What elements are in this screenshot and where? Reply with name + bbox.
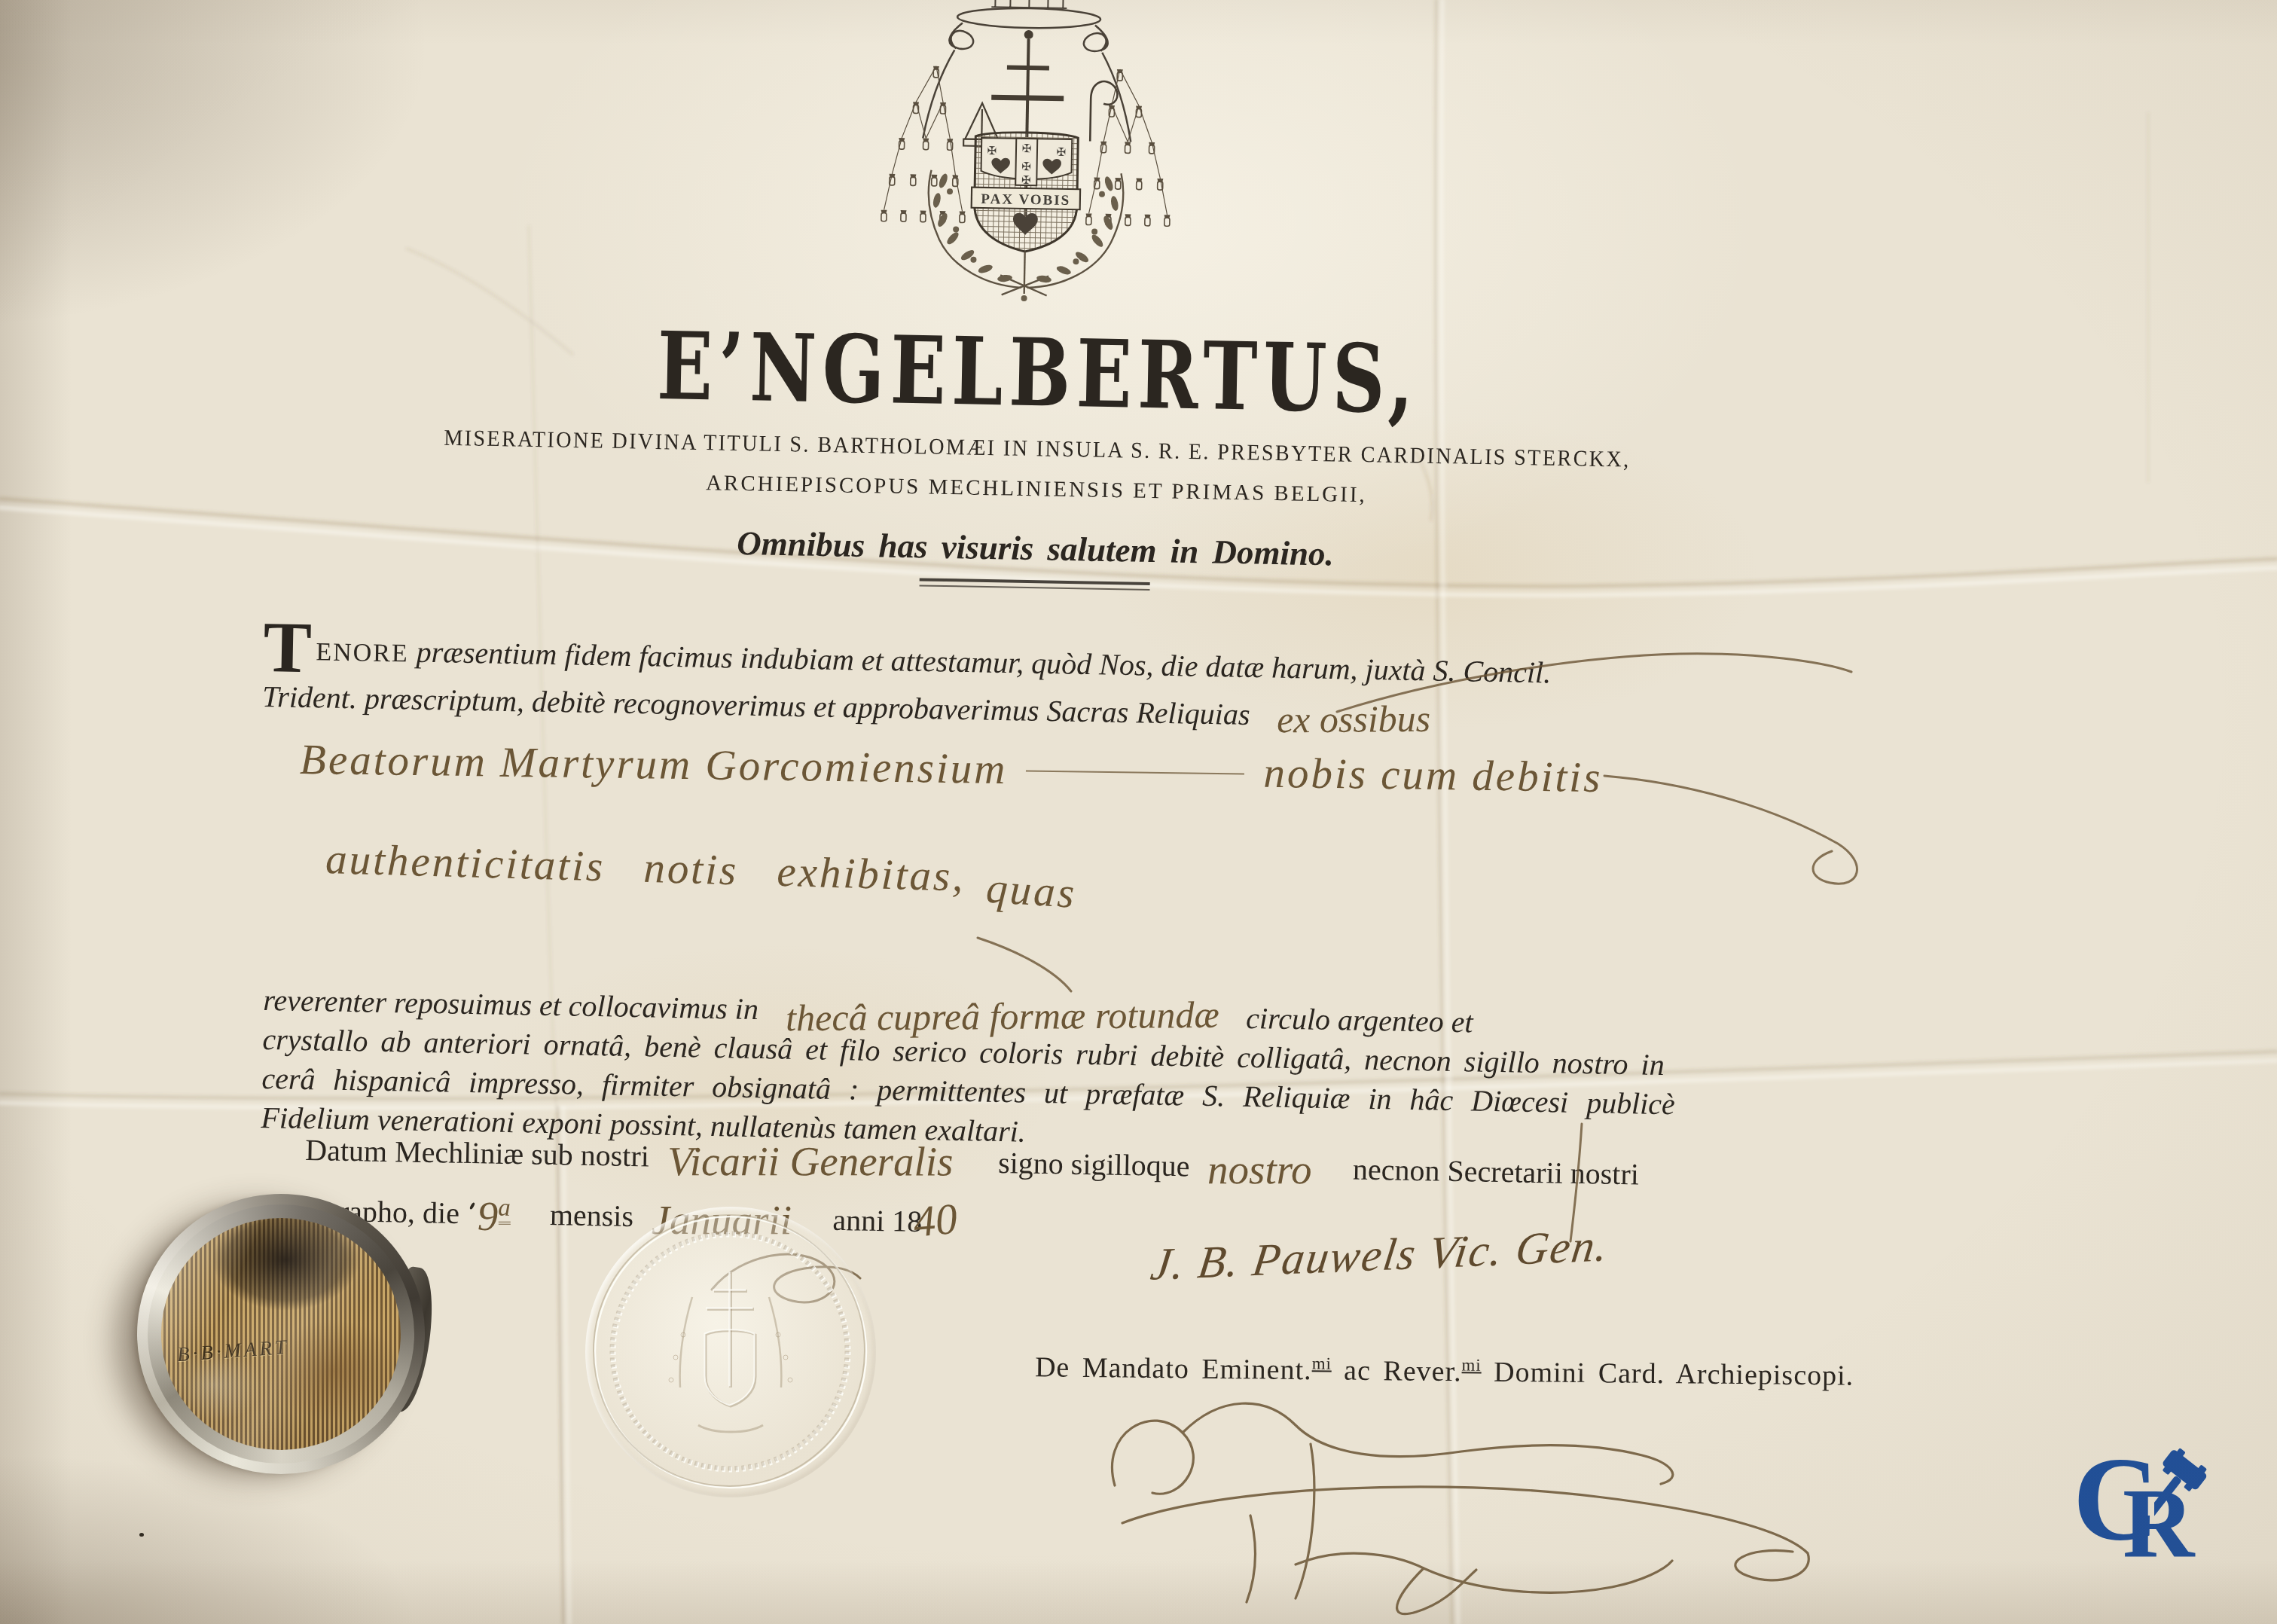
datum-printed-3: necnon Secretarii nostri <box>1353 1152 1640 1192</box>
svg-text:✠: ✠ <box>1021 160 1031 173</box>
pen-connector-line <box>1026 770 1244 774</box>
tenore-caps: ENORE <box>316 638 409 667</box>
handwritten-quas: quas <box>984 864 1078 918</box>
handwritten-day-9: 9a <box>478 1184 511 1241</box>
handwritten-beatorum: Beatorum Martyrum Gorcomiensium <box>300 736 1008 793</box>
reliquary-line-1b: circulo argenteo et <box>1246 1001 1473 1039</box>
svg-text:✠: ✠ <box>987 144 997 157</box>
relic-theca: B·B·MART <box>137 1194 425 1474</box>
datum-printed-1: Datum Mechliniæ sub nostri <box>305 1133 649 1173</box>
masthead: E’NGELBERTUS, MISERATIONE DIVINA TITULI … <box>244 315 1830 603</box>
svg-text:✠: ✠ <box>1021 173 1031 187</box>
day-numeral: 9 <box>478 1193 499 1239</box>
reliquary-line-1a: reverenter reposuimus et collocavimus in <box>263 983 758 1026</box>
crest-tassels-left <box>881 66 968 223</box>
salutation-line: Omnibus has visuris salutem in Domino. <box>244 514 1827 582</box>
handwritten-vicarii-generalis: Vicarii Generalis <box>667 1137 953 1186</box>
embossed-paper-seal <box>585 1207 876 1497</box>
handwritten-nobis: nobis cum debitis <box>1263 749 1603 801</box>
document-title: E’NGELBERTUS, <box>657 322 1421 425</box>
handwritten-ex-ossibus: ex ossibus <box>1277 698 1431 742</box>
crest-tassels-right <box>1085 69 1173 226</box>
svg-text:✠: ✠ <box>1057 145 1067 159</box>
cardinal-style-text: MISERATIONE DIVINA TITULI S. BARTHOLOMÆI… <box>444 426 1631 473</box>
datum-printed-2: signo sigilloque <box>998 1146 1190 1183</box>
theca-glass-reflection <box>161 1218 401 1450</box>
svg-text:✠: ✠ <box>1022 142 1032 155</box>
paper-speck <box>139 1533 144 1537</box>
cardinal-coat-of-arms: ✠✠ ✠✠✠ PAX VOBIS <box>873 0 1180 311</box>
handwritten-year-40: 40 <box>911 1195 959 1247</box>
secretary-signature <box>1070 1372 1845 1621</box>
mandate-sup-1: mi <box>1312 1354 1332 1373</box>
handwritten-theca-cuprea: thecâ cupreâ formæ rotundæ <box>786 995 1219 1038</box>
handwritten-nostro: nostro <box>1207 1146 1312 1194</box>
gavel-icon <box>2154 1436 2245 1526</box>
photograph-of-relic-certificate: ✠✠ ✠✠✠ PAX VOBIS <box>0 0 2277 1624</box>
day-ordinal-suffix: a <box>498 1195 511 1225</box>
crest-motto: PAX VOBIS <box>981 191 1070 209</box>
auction-house-watermark: C R <box>2073 1440 2242 1572</box>
